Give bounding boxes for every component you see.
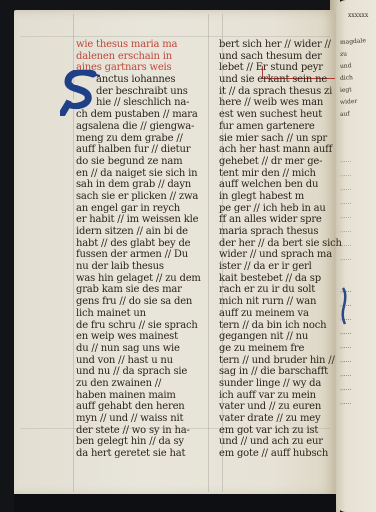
facing-line: magdale bbox=[340, 36, 376, 46]
text-line: ge zu meinem fre bbox=[219, 343, 334, 355]
text-line: auff gehabt den heren bbox=[76, 401, 206, 413]
text-line: wider // und sprach ma bbox=[219, 249, 334, 261]
text-line: und // und ach zu eur bbox=[219, 436, 334, 448]
text-line: fussen der armen // Du bbox=[76, 249, 206, 261]
text-line: auff halben fur // dietur bbox=[76, 144, 206, 156]
text-line: habt // des glabt bey de bbox=[76, 238, 206, 250]
text-line: und von // hast u nu bbox=[76, 355, 206, 367]
text-line: bert sich her // wider // bbox=[219, 39, 334, 51]
text-line: lebet // Er stund peyr bbox=[219, 62, 334, 74]
text-line: ben gelegt hin // da sy bbox=[76, 436, 206, 448]
text-line: gehebet // dr mer ge- bbox=[219, 156, 334, 168]
facing-rubric-line: ······ bbox=[340, 198, 376, 208]
facing-line: wider bbox=[340, 96, 376, 106]
text-line: hie // sleschlich na- bbox=[76, 97, 206, 109]
facing-line: auf bbox=[340, 108, 376, 118]
text-line: auff welchen ben du bbox=[219, 179, 334, 191]
facing-line: und bbox=[340, 60, 376, 70]
text-line: rach er zu ir du solt bbox=[219, 284, 334, 296]
facing-page-header: xxxxxx bbox=[348, 12, 368, 19]
text-line: it // da sprach thesus zi bbox=[219, 86, 334, 98]
text-line: en // da naiget sie sich in bbox=[76, 168, 206, 180]
text-line: grab kam sie des mar bbox=[76, 284, 206, 296]
text-line: gegangen nit // nu bbox=[219, 331, 334, 343]
rubric-line: wie thesus maria ma bbox=[76, 39, 206, 51]
text-line: vater drate // zu mey bbox=[219, 413, 334, 425]
facing-rubric-line: ······ bbox=[340, 170, 376, 180]
text-line: ff an alles wider spre bbox=[219, 214, 334, 226]
text-line: tent mir den // mich bbox=[219, 168, 334, 180]
facing-line: ······ bbox=[340, 328, 376, 338]
right-column-text: bert sich her // wider // und sach thesu… bbox=[219, 39, 334, 460]
text-line: in glegt habest m bbox=[219, 191, 334, 203]
text-line: du // nun sag uns wie bbox=[76, 343, 206, 355]
text-line: auff zu meinem va bbox=[219, 308, 334, 320]
rubric-line: aines gartnars weis bbox=[76, 62, 206, 74]
facing-rubric-line: ······ bbox=[340, 240, 376, 250]
text-line: was hin gelaget // zu dem bbox=[76, 273, 206, 285]
text-line: ister // da er ir gerl bbox=[219, 261, 334, 273]
text-line: tern // und bruder hin // bbox=[219, 355, 334, 367]
text-line: pe ger // ich heb in au bbox=[219, 203, 334, 215]
facing-line: ······ bbox=[340, 370, 376, 380]
ruling-line bbox=[20, 36, 330, 37]
facing-line: ······ bbox=[340, 342, 376, 352]
text-line: vater und // zu euren bbox=[219, 401, 334, 413]
text-line: nu der laib thesus bbox=[76, 261, 206, 273]
text-line: sag in // die barschafft bbox=[219, 366, 334, 378]
facing-line: iegt bbox=[340, 84, 376, 94]
text-line: sunder linge // wy da bbox=[219, 378, 334, 390]
text-line: der beschraibt uns bbox=[76, 86, 206, 98]
text-line: sah in dem grab // dayn bbox=[76, 179, 206, 191]
text-line: sie mier sach // un spr bbox=[219, 133, 334, 145]
text-line: zu den zwainen // bbox=[76, 378, 206, 390]
text-line: ch dem pustaben // mara bbox=[76, 109, 206, 121]
text-line: fur amen gartenere bbox=[219, 121, 334, 133]
facing-line: ······ bbox=[340, 384, 376, 394]
text-line: ich auff var zu mein bbox=[219, 390, 334, 402]
text-line: here // weib wes man bbox=[219, 97, 334, 109]
left-column-text: wie thesus maria ma dalenen erschain in … bbox=[76, 39, 206, 460]
text-line: sach sie er plicken // zwa bbox=[76, 191, 206, 203]
facing-blue-initial bbox=[340, 286, 348, 326]
text-line: und sach thesum der bbox=[219, 51, 334, 63]
facing-line: zu bbox=[340, 48, 376, 58]
text-line: anctus iohannes bbox=[76, 74, 206, 86]
text-line: de fru schru // sie sprach bbox=[76, 320, 206, 332]
ruling-line bbox=[208, 14, 209, 492]
bottom-shadow bbox=[14, 494, 336, 512]
facing-rubric-line: ······ bbox=[340, 254, 376, 264]
text-line: em gote // auff hubsch bbox=[219, 448, 334, 460]
facing-line: ······ bbox=[340, 356, 376, 366]
text-line: der stete // wo sy in ha- bbox=[76, 425, 206, 437]
text-line: der her // da bert sie sich bbox=[219, 238, 334, 250]
text-line: er habit // im weissen kle bbox=[76, 214, 206, 226]
facing-line: ······ bbox=[340, 398, 376, 408]
text-line: an engel gar in reych bbox=[76, 203, 206, 215]
text-line: tern // da bin ich noch bbox=[219, 320, 334, 332]
text-line: gens fru // do sie sa den bbox=[76, 296, 206, 308]
text-line: kait bestebet // da sp bbox=[219, 273, 334, 285]
text-line: ach her hast mann auff bbox=[219, 144, 334, 156]
text-line: em got var ich zu ist bbox=[219, 425, 334, 437]
facing-rubric-line: ······ bbox=[340, 212, 376, 222]
text-line: da hert geretet sie hat bbox=[76, 448, 206, 460]
text-line: mich nit rurn // wan bbox=[219, 296, 334, 308]
rubric-line: dalenen erschain in bbox=[76, 51, 206, 63]
text-line: myn // und // waiss nit bbox=[76, 413, 206, 425]
facing-line: dich bbox=[340, 72, 376, 82]
text-line: maria sprach thesus bbox=[219, 226, 334, 238]
text-line: en weip wes mainest bbox=[76, 331, 206, 343]
facing-rubric-line: ······ bbox=[340, 156, 376, 166]
text-line: haben mainen maim bbox=[76, 390, 206, 402]
facing-rubric-line: ······ bbox=[340, 184, 376, 194]
text-line: idern sitzen // ain bi de bbox=[76, 226, 206, 238]
text-line: agsalena die // giengwa- bbox=[76, 121, 206, 133]
text-line: est wen suchest heut bbox=[219, 109, 334, 121]
text-line: lich mainet un bbox=[76, 308, 206, 320]
text-line: und sie erkant sein ne bbox=[219, 74, 334, 86]
facing-rubric-line: ······ bbox=[340, 226, 376, 236]
text-line: meng zu dem grabe // bbox=[76, 133, 206, 145]
text-line: do sie begund ze nam bbox=[76, 156, 206, 168]
facing-page-recto: magdale zu und dich iegt wider auf ·····… bbox=[336, 0, 376, 512]
text-line: und nu // da sprach sie bbox=[76, 366, 206, 378]
